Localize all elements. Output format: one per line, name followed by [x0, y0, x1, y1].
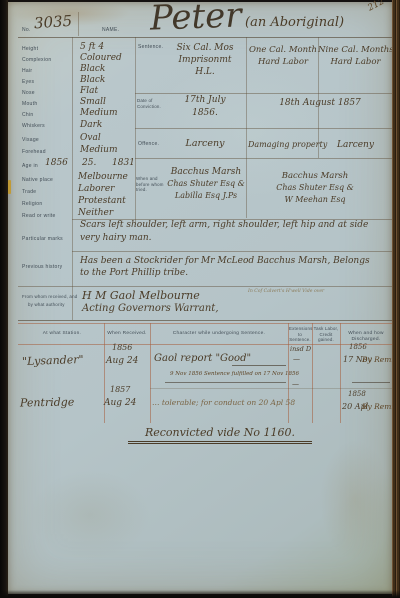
- tried-1-line2: Chas Shuter Esq &: [162, 180, 250, 188]
- sentence-1-line2: Imprisonmt: [165, 56, 245, 65]
- conviction-date-1-line2: 1856.: [165, 109, 245, 118]
- received-year-row2: 1857: [110, 386, 130, 394]
- grid-line: [135, 93, 392, 94]
- header-discharged: When and how Discharged.: [340, 331, 392, 343]
- field-label-native-place: Native place: [22, 177, 53, 183]
- received-label-line2: by what authority: [28, 302, 65, 308]
- field-value-native-place: Melbourne: [78, 173, 128, 182]
- field-value-height: 5 ft 4: [80, 43, 104, 52]
- grid-line: [72, 251, 392, 252]
- character-row2: … tolerable; for conduct on 20 Apl 58: [152, 399, 295, 407]
- header-character: Character while undergoing Sentence.: [150, 331, 288, 337]
- header-task-labor: Task Labor, Credit gained.: [313, 326, 339, 343]
- extensions-row1: insd D: [290, 346, 311, 353]
- table-rule: [18, 344, 392, 345]
- received-value-line1: H M Gaol Melbourne: [82, 290, 200, 302]
- binding-mark: [8, 180, 11, 194]
- field-label-visage: Visage: [22, 137, 39, 143]
- register-page-photo: 212 No. 3035 NAME. Peter (an Aboriginal)…: [0, 0, 400, 598]
- sentence-1-line1: Six Cal. Mos: [165, 44, 245, 53]
- grid-line: [135, 158, 392, 159]
- conviction-date-2: 18th August 1857: [250, 99, 390, 108]
- grid-line: [72, 37, 73, 320]
- sentence-label: Sentence.: [138, 44, 163, 50]
- field-label-complexion: Complexion: [22, 57, 51, 63]
- table-rule: [18, 323, 392, 324]
- header-when-received: When Received.: [104, 331, 150, 337]
- station-row2: Pentridge: [20, 397, 74, 409]
- received-date-row2: Aug 24: [104, 399, 136, 408]
- field-label-hair: Hair: [22, 68, 32, 74]
- record-no-label: No.: [22, 27, 31, 33]
- grid-line: [135, 37, 136, 225]
- field-value-complexion: Coloured: [80, 54, 122, 63]
- field-label-eyes: Eyes: [22, 79, 34, 85]
- field-label-read-write: Read or write: [22, 213, 56, 219]
- field-value-mouth: Small: [80, 98, 106, 107]
- photo-vignette: [0, 590, 400, 598]
- extensions-dash-row1: —: [293, 356, 300, 363]
- field-value-forehead: Medium: [80, 146, 118, 155]
- row-divider: [150, 388, 392, 389]
- grid-line: [18, 320, 392, 321]
- record-no: 3035: [33, 14, 72, 32]
- header-station: At what Station.: [20, 331, 104, 337]
- field-label-religion: Religion: [22, 201, 42, 207]
- header-extensions: Extensions to Sentence.: [289, 326, 311, 343]
- character-note-row1: 9 Nov 1856 Sentence fulfilled on 17 Nov …: [170, 372, 299, 378]
- table-column-line: [150, 323, 151, 423]
- field-label-chin: Chin: [22, 112, 33, 118]
- field-value-hair: Black: [80, 65, 105, 74]
- field-value-trade: Laborer: [78, 185, 114, 194]
- discharge-rule: [352, 382, 390, 383]
- field-value-chin: Medium: [80, 109, 118, 118]
- age-year: 1856: [45, 159, 68, 168]
- offence-1: Larceny: [165, 139, 245, 149]
- field-value-visage: Oval: [80, 134, 101, 143]
- field-label-age: Age in: [22, 163, 38, 169]
- field-value-eyes: Black: [80, 76, 105, 85]
- previous-history-label: Previous history: [22, 264, 62, 270]
- field-label-trade: Trade: [22, 189, 36, 195]
- field-value-whiskers: Dark: [80, 121, 102, 130]
- field-label-nose: Nose: [22, 90, 35, 96]
- field-label-whiskers: Whiskers: [22, 123, 45, 129]
- field-label-height: Height: [22, 46, 38, 52]
- character-row1: Gaol report "Good": [154, 354, 251, 365]
- field-value-nose: Flat: [80, 87, 98, 96]
- received-label-line1: From whom received, and: [22, 294, 77, 300]
- received-year-row1: 1856: [112, 344, 132, 352]
- header-rule: [18, 37, 392, 38]
- discharged-year-row1: 1856: [349, 344, 367, 351]
- previous-history-line1: Has been a Stockrider for Mr McLeod Bacc…: [80, 257, 370, 266]
- discharged-year-row2: 1858: [348, 391, 366, 398]
- field-value-read-write: Neither: [78, 209, 113, 218]
- prisoner-name-qualifier: (an Aboriginal): [245, 16, 344, 30]
- prisoner-name: Peter: [149, 0, 242, 37]
- conviction-date-1-line1: 17th July: [165, 96, 245, 105]
- age-born: 1831: [112, 159, 135, 168]
- reconvicted-note: Reconvicted vide No 1160.: [128, 427, 312, 444]
- sentence-1-line3: H.L.: [165, 68, 245, 77]
- character-note-rule: [165, 382, 286, 383]
- grid-line: [18, 286, 392, 287]
- sentence-3-line2: Hard Labor: [318, 58, 393, 67]
- previous-history-line2: to the Port Phillip tribe.: [80, 269, 188, 278]
- sentence-2-line1: One Cal. Month: [248, 46, 318, 55]
- field-value-religion: Protestant: [78, 197, 126, 206]
- station-row1: "Lysander": [22, 354, 84, 368]
- page-stack-edge: [392, 0, 400, 598]
- name-label: NAME.: [102, 27, 119, 33]
- particular-marks-line2: very hairy man.: [80, 234, 152, 243]
- divider: [78, 12, 79, 36]
- received-date-row1: Aug 24: [106, 357, 138, 366]
- date-of-conviction-label: Date of Conviction.: [137, 98, 165, 109]
- field-label-forehead: Forehead: [22, 149, 46, 155]
- particular-marks-label: Particular marks: [22, 236, 63, 242]
- character-rule: [232, 365, 286, 366]
- sentence-2-line2: Hard Labor: [248, 58, 318, 67]
- binding-edge: [0, 0, 8, 598]
- offence-label: Offence.: [138, 141, 159, 147]
- tried-2-line1: Bacchus Marsh: [255, 172, 375, 181]
- sentence-3-line1: Nine Cal. Months: [318, 46, 393, 55]
- received-value-line2: Acting Governors Warrant,: [82, 304, 219, 315]
- particular-marks-line1: Scars left shoulder, left arm, right sho…: [80, 221, 368, 230]
- tried-1-line3: Labilla Esq J.Ps: [162, 192, 250, 200]
- tried-2-line3: W Meehan Esq: [255, 196, 375, 204]
- offence-2: Damaging property: [248, 141, 318, 149]
- offence-3: Larceny: [318, 141, 393, 150]
- tried-2-line2: Chas Shuter Esq &: [255, 184, 375, 192]
- field-label-mouth: Mouth: [22, 101, 37, 107]
- age-value: 25.: [82, 159, 96, 168]
- tried-1-line1: Bacchus Marsh: [162, 168, 250, 177]
- pencil-annotation: In Cof Calvert's H'well Vide over: [248, 290, 324, 295]
- grid-line: [135, 128, 392, 129]
